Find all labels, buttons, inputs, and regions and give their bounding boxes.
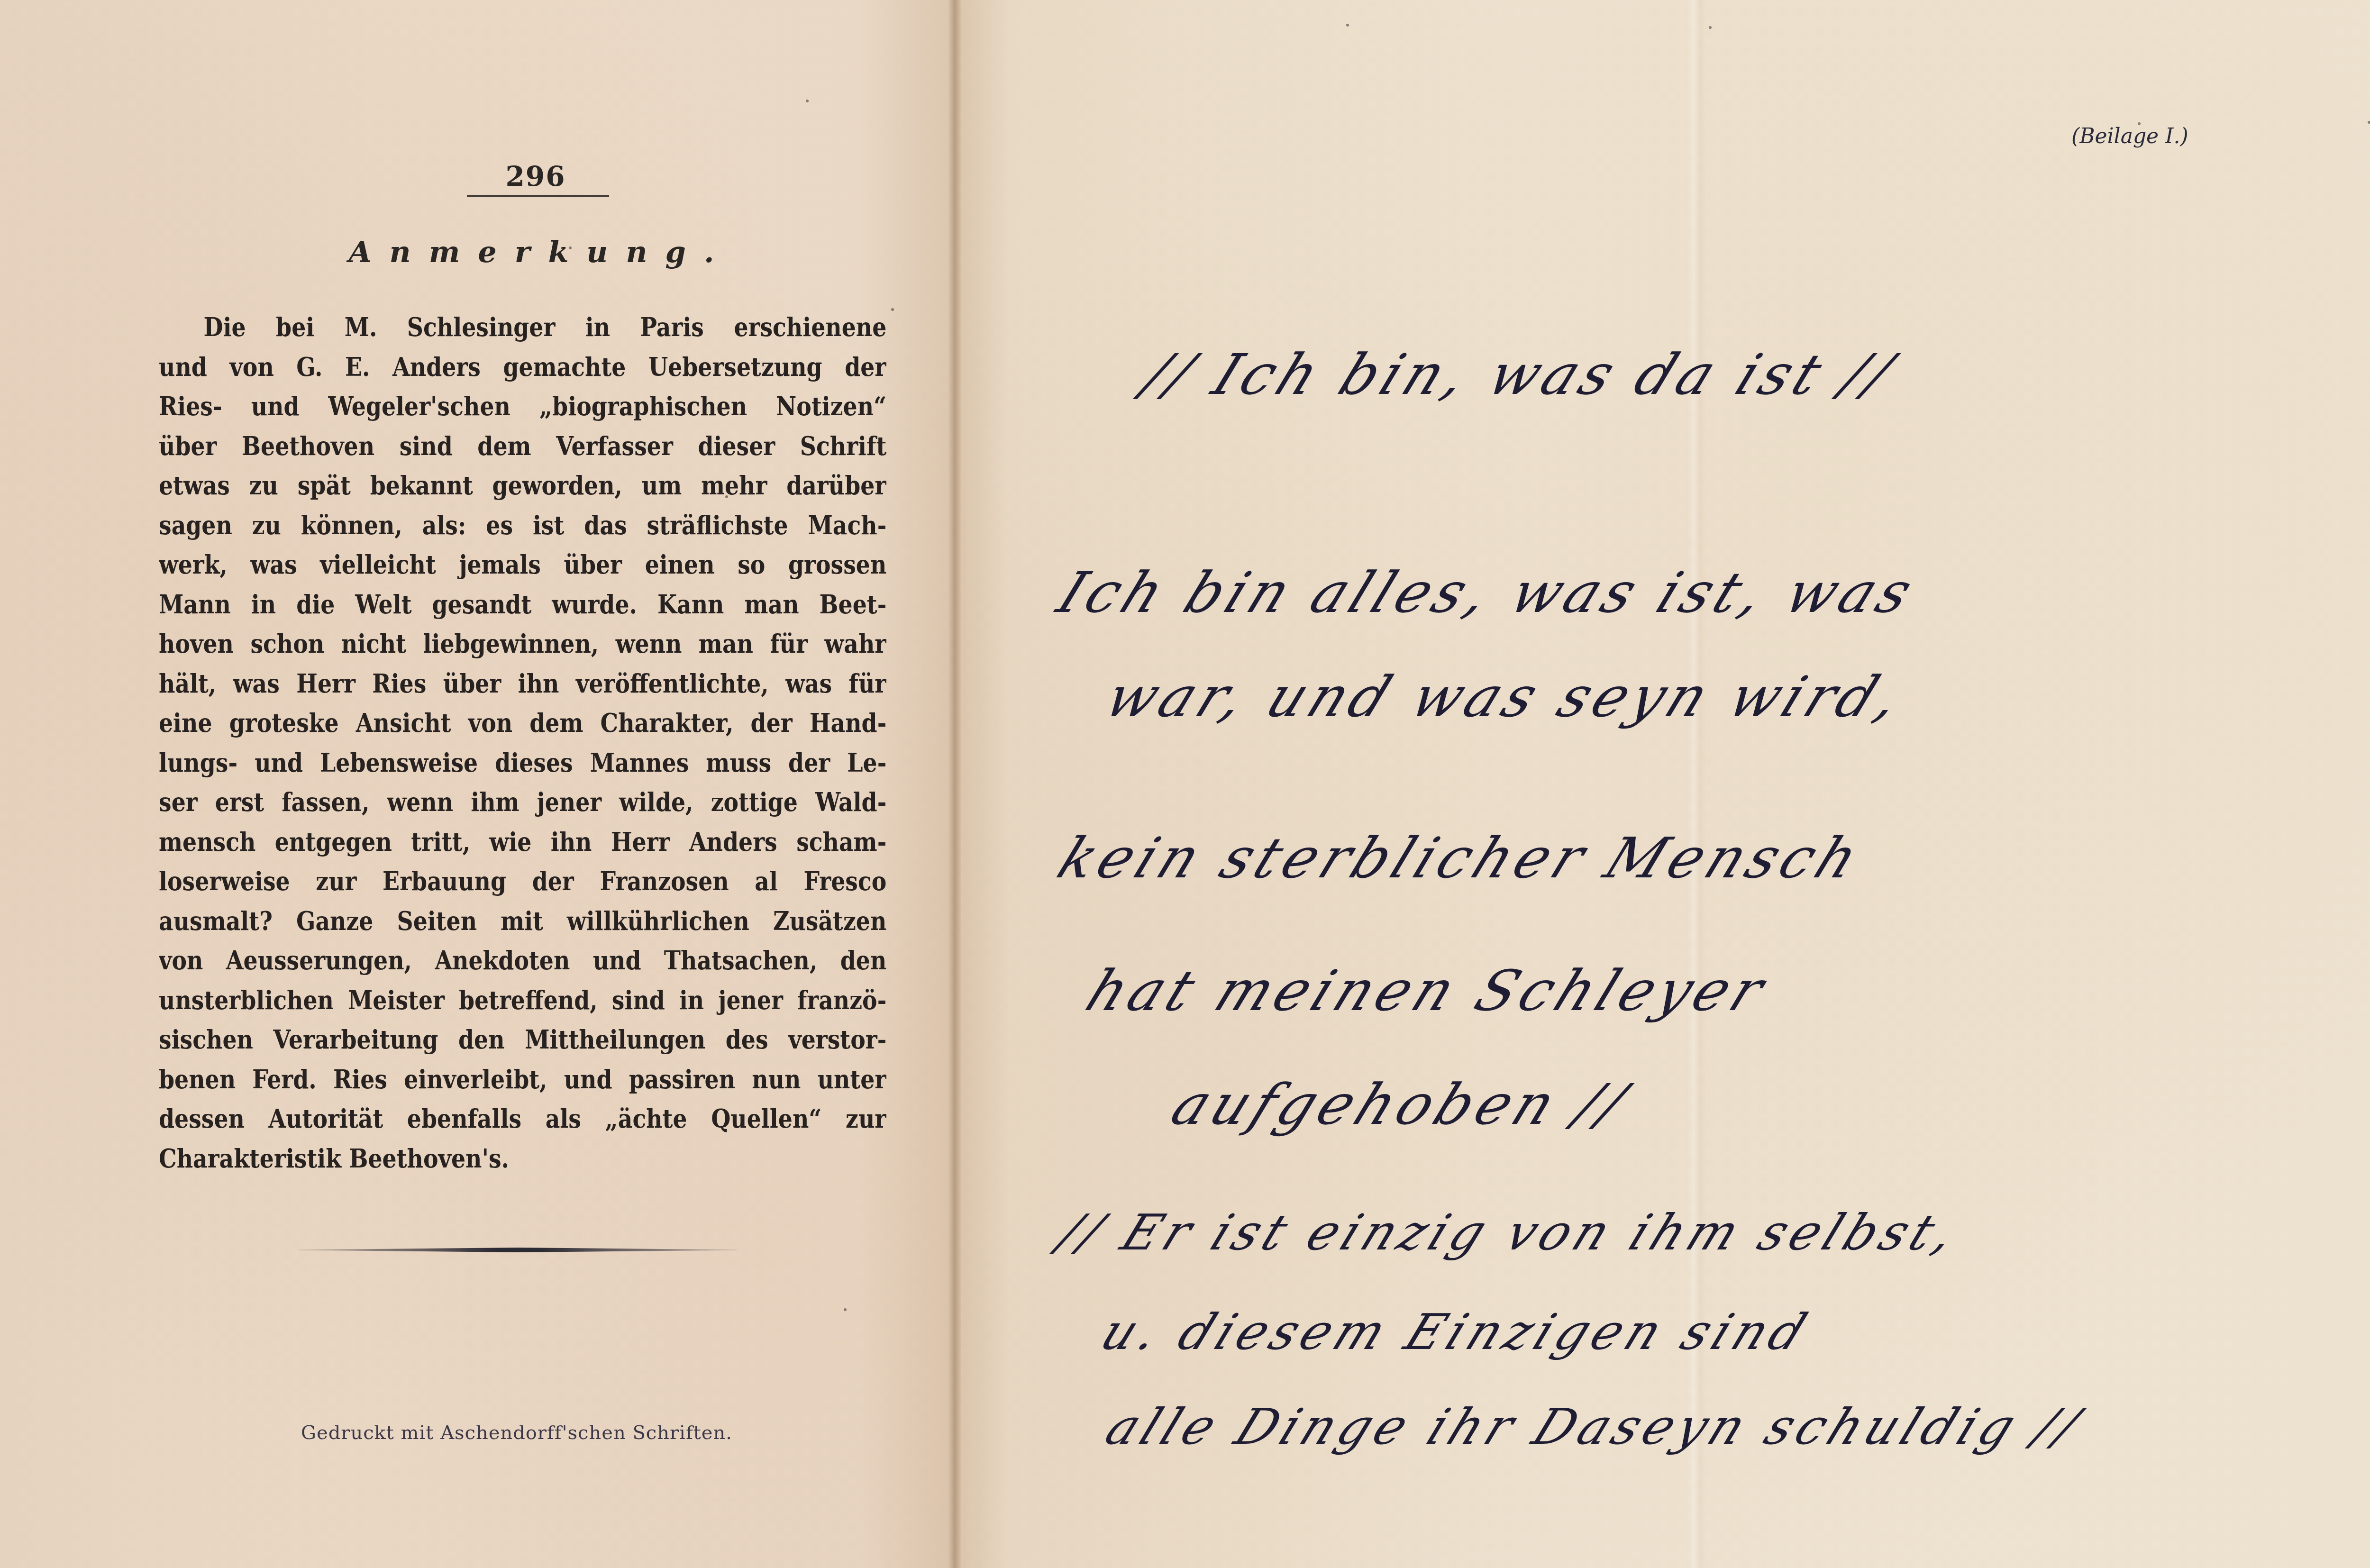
text-line: sischen Verarbeitung den Mittheilungen d… — [159, 1020, 886, 1059]
page-number: 296 — [474, 160, 597, 192]
text-line: Mann in die Welt gesandt wurde. Kann man… — [159, 584, 886, 624]
text-line: dessen Autorität ebenfalls als „ächte Qu… — [159, 1099, 886, 1139]
text-line: von Aeusserungen, Anekdoten und Thatsach… — [159, 940, 886, 980]
text-line: etwas zu spät bekannt geworden, um mehr … — [159, 465, 886, 505]
text-line: hoven schon nicht liebgewinnen, wenn man… — [159, 624, 886, 664]
text-line: Die bei M. Schlesinger in Paris erschien… — [159, 307, 886, 347]
book-gutter — [948, 0, 961, 1568]
text-line: mensch entgegen tritt, wie ihn Herr Ande… — [159, 822, 886, 862]
ornamental-divider — [299, 1248, 737, 1252]
text-line: werk, was vielleicht jemals über einen s… — [159, 545, 886, 584]
text-line: Charakteristik Beethoven's. — [159, 1139, 886, 1178]
section-heading: Anmerkung. — [209, 235, 872, 269]
text-line: eine groteske Ansicht von dem Charakter,… — [159, 703, 886, 743]
book-spread: 296 Anmerkung. Die bei M. Schlesinger in… — [0, 0, 2370, 1568]
text-line: hält, was Herr Ries über ihn veröffentli… — [159, 664, 886, 703]
text-line: lungs- und Lebensweise dieses Mannes mus… — [159, 743, 886, 783]
text-line: ser erst fassen, wenn ihm jener wilde, z… — [159, 782, 886, 822]
appendix-label: (Beilage I.) — [2071, 124, 2188, 148]
printer-imprint: Gedruckt mit Aschendorff'schen Schriften… — [256, 1422, 777, 1444]
page-number-rule — [467, 195, 609, 197]
text-line: über Beethoven sind dem Verfasser dieser… — [159, 426, 886, 466]
left-page: 296 Anmerkung. Die bei M. Schlesinger in… — [0, 0, 953, 1568]
text-line: Ries- und Wegeler'schen „biographischen … — [159, 386, 886, 426]
text-line: ausmalt? Ganze Seiten mit willkührlichen… — [159, 901, 886, 941]
text-line: und von G. E. Anders gemachte Uebersetzu… — [159, 347, 886, 387]
text-line: sagen zu können, als: es ist das sträfli… — [159, 505, 886, 545]
text-line: unsterblichen Meister betreffend, sind i… — [159, 980, 886, 1020]
text-line: benen Ferd. Ries einverleibt, und passir… — [159, 1059, 886, 1099]
text-line: loserweise zur Erbauung der Franzosen al… — [159, 861, 886, 901]
body-paragraph: Die bei M. Schlesinger in Paris erschien… — [159, 307, 886, 1178]
